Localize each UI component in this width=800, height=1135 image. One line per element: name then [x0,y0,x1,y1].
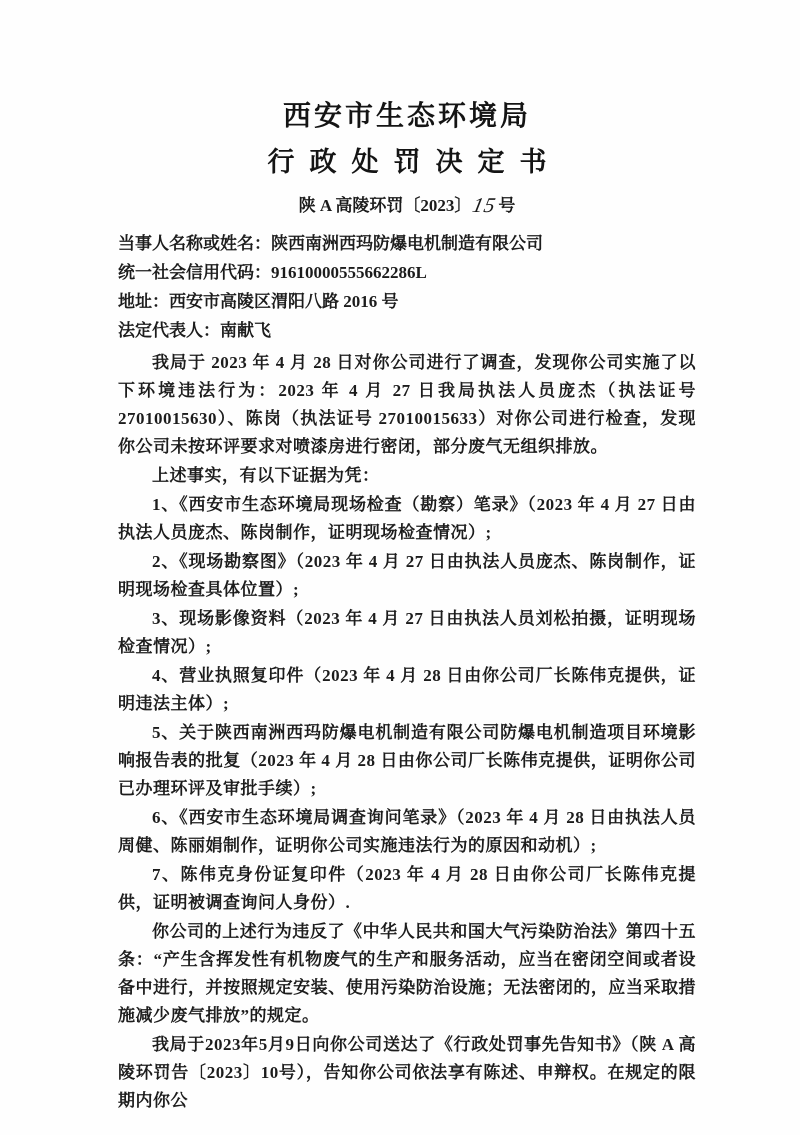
evidence-item-1: 1、《西安市生态环境局现场检查（勘察）笔录》（2023 年 4 月 27 日由执… [118,491,696,547]
document-number-prefix: 陕 A 高陵环罚〔2023〕 [299,196,472,215]
party-info-section: 当事人名称或姓名：陕西南洲西玛防爆电机制造有限公司 统一社会信用代码：91610… [118,229,696,345]
field-address: 地址：西安市高陵区渭阳八路 2016 号 [118,287,696,316]
field-party-name: 当事人名称或姓名：陕西南洲西玛防爆电机制造有限公司 [118,229,696,258]
document-number-handwritten-digits: 15 [471,193,499,218]
evidence-item-5: 5、关于陕西南洲西玛防爆电机制造有限公司防爆电机制造项目环境影响报告表的批复（2… [118,719,696,803]
scanned-document-page: 西安市生态环境局 行政处罚决定书 陕 A 高陵环罚〔2023〕15号 当事人名称… [0,0,800,1135]
paragraph-investigation-findings: 我局于 2023 年 4 月 28 日对你公司进行了调查，发现你公司实施了以下环… [118,349,696,461]
field-party-name-label: 当事人名称或姓名： [118,234,271,253]
field-credit-code: 统一社会信用代码：91610000555662286L [118,258,696,287]
field-address-value: 西安市高陵区渭阳八路 2016 号 [169,292,399,311]
field-credit-code-value: 91610000555662286L [271,263,427,282]
field-credit-code-label: 统一社会信用代码： [118,263,271,282]
evidence-item-2: 2、《现场勘察图》（2023 年 4 月 27 日由执法人员庞杰、陈岗制作，证明… [118,548,696,604]
evidence-item-6: 6、《西安市生态环境局调查询问笔录》（2023 年 4 月 28 日由执法人员周… [118,804,696,860]
document-number-suffix: 号 [498,196,515,215]
paragraph-prior-notice: 我局于2023年5月9日向你公司送达了《行政处罚事先告知书》（陕 A 高陵环罚告… [118,1031,696,1115]
document-number: 陕 A 高陵环罚〔2023〕15号 [118,191,696,217]
field-party-name-value: 陕西南洲西玛防爆电机制造有限公司 [271,234,543,253]
field-legal-representative: 法定代表人：南献飞 [118,316,696,345]
issuing-authority-title: 西安市生态环境局 [118,94,696,134]
document-type-title: 行政处罚决定书 [118,140,696,179]
paragraph-law-violation: 你公司的上述行为违反了《中华人民共和国大气污染防治法》第四十五条：“产生含挥发性… [118,918,696,1030]
field-legal-representative-label: 法定代表人： [118,321,220,340]
field-legal-representative-value: 南献飞 [220,321,271,340]
paragraph-evidence-intro: 上述事实，有以下证据为凭： [118,462,696,490]
evidence-item-3: 3、现场影像资料（2023 年 4 月 27 日由执法人员刘松拍摄，证明现场检查… [118,605,696,661]
document-body: 我局于 2023 年 4 月 28 日对你公司进行了调查，发现你公司实施了以下环… [118,349,696,1115]
evidence-item-4: 4、营业执照复印件（2023 年 4 月 28 日由你公司厂长陈伟克提供，证明违… [118,662,696,718]
evidence-item-7: 7、陈伟克身份证复印件（2023 年 4 月 28 日由你公司厂长陈伟克提供，证… [118,861,696,917]
field-address-label: 地址： [118,292,169,311]
